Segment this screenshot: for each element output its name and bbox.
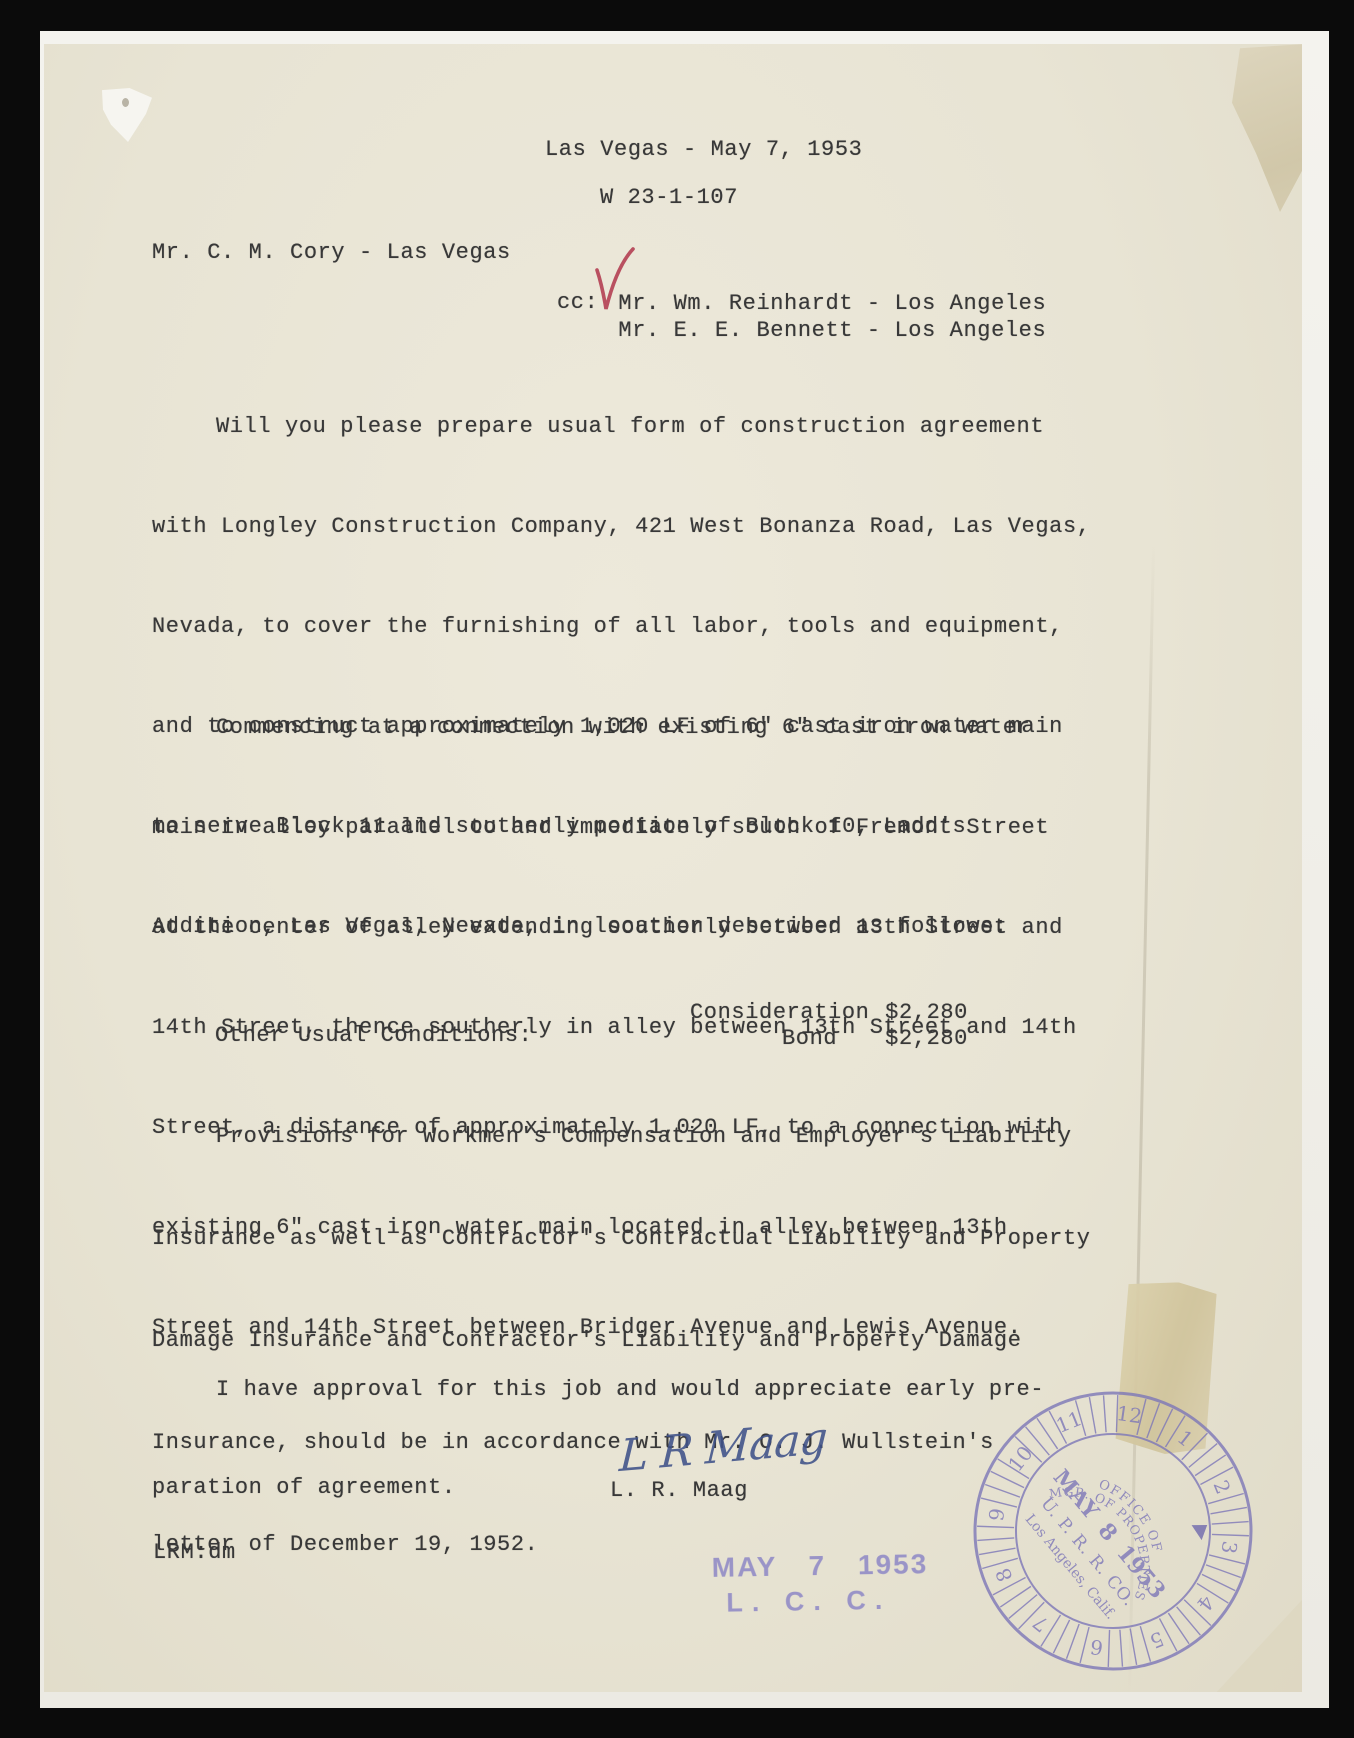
- bond-label: Bond: [782, 1026, 837, 1052]
- clock-tick: [1115, 1630, 1128, 1667]
- clock-tick: [1125, 1628, 1141, 1664]
- clock-number: 10: [1003, 1441, 1038, 1476]
- clock-tick: [979, 1543, 1015, 1559]
- clock-tick: [1195, 1451, 1226, 1479]
- body-paragraph-4: I have approval for this job and would a…: [152, 1325, 1044, 1571]
- clock-tick: [1000, 1583, 1031, 1611]
- clock-number: 5: [1147, 1626, 1168, 1653]
- clock-tick: [1212, 1531, 1249, 1540]
- cc-recipient: Mr. Wm. Reinhardt - Los Angeles: [618, 290, 1046, 317]
- paragraph-line: paration of agreement.: [152, 1473, 1044, 1521]
- letter-page: Las Vegas - May 7, 1953 W 23-1-107 Mr. C…: [44, 44, 1302, 1692]
- clock-number: 9: [984, 1507, 1010, 1523]
- clock-tick: [977, 1533, 1014, 1546]
- clock-number: 11: [1053, 1406, 1086, 1438]
- clock-tick: [1210, 1502, 1246, 1518]
- received-stamp-org: L. C. C.: [726, 1584, 929, 1619]
- clock-number: 3: [1217, 1539, 1243, 1555]
- paragraph-line: Commencing at a connection with existing…: [152, 713, 1077, 763]
- clock-tick: [984, 1484, 1021, 1497]
- other-usual-conditions: Other Usual Conditions:: [215, 1023, 532, 1048]
- clock-tick: [1084, 1397, 1100, 1433]
- clock-number: 6: [1089, 1635, 1105, 1661]
- consideration-label: Consideration: [690, 1000, 869, 1026]
- clock-tick: [1104, 1630, 1113, 1667]
- clock-tick: [1212, 1516, 1249, 1529]
- received-date-stamp: MAY 7 1953 L. C. C.: [711, 1548, 929, 1619]
- clock-tick: [1209, 1555, 1246, 1564]
- clock-tick: [1009, 1591, 1037, 1622]
- clock-tick: [1053, 1618, 1069, 1654]
- paragraph-line: with Longley Construction Company, 421 W…: [152, 512, 1091, 562]
- consideration-row: Consideration $2,280: [690, 1000, 968, 1026]
- signature-typed: L. R. Maag: [610, 1478, 748, 1503]
- cc-recipient: Mr. E. E. Bennett - Los Angeles: [618, 317, 1046, 344]
- clock-tick: [1189, 1440, 1217, 1471]
- cc-label: cc:: [557, 290, 598, 315]
- paragraph-line: Insurance as well as Contractor's Contra…: [152, 1224, 1091, 1276]
- typist-initials: LRM:dm: [153, 1540, 236, 1565]
- paragraph-line: at the center of alley extending souther…: [152, 913, 1077, 963]
- clock-tick: [1098, 1395, 1111, 1432]
- clock-tick: [1147, 1402, 1160, 1439]
- dateline: Las Vegas - May 7, 1953: [545, 137, 862, 162]
- consideration-value: $2,280: [885, 1000, 968, 1026]
- clock-tick: [1200, 1574, 1236, 1590]
- received-stamp-date: MAY 7 1953: [711, 1548, 928, 1584]
- time-clock-stamp: 121234567891011 OFFICE OF MGR. OF PROPER…: [963, 1381, 1263, 1681]
- clock-number: 2: [1208, 1477, 1235, 1498]
- clock-tick: [1205, 1565, 1242, 1578]
- paragraph-line: Will you please prepare usual form of co…: [152, 412, 1091, 462]
- addressee-line: Mr. C. M. Cory - Las Vegas: [152, 240, 511, 265]
- file-number: W 23-1-107: [600, 185, 738, 210]
- cc-recipient-list: Mr. Wm. Reinhardt - Los Angeles Mr. E. E…: [618, 290, 1046, 344]
- consideration-block: Consideration $2,280 Bond $2,280: [690, 1000, 968, 1052]
- cc-block: cc: Mr. Wm. Reinhardt - Los Angeles Mr. …: [557, 290, 1046, 344]
- bond-value: $2,280: [885, 1026, 968, 1052]
- clock-tick: [1173, 1607, 1204, 1635]
- paragraph-line: Nevada, to cover the furnishing of all l…: [152, 612, 1091, 662]
- clock-tick: [1165, 1613, 1193, 1644]
- bond-row: Bond $2,280: [690, 1026, 968, 1052]
- clock-tick: [1156, 1407, 1172, 1443]
- clock-tick: [1080, 1627, 1089, 1664]
- photo-background: Las Vegas - May 7, 1953 W 23-1-107 Mr. C…: [0, 0, 1354, 1738]
- clock-number: 8: [991, 1565, 1018, 1586]
- paper-chip: [102, 88, 152, 142]
- tape-remnant-top-right: [1212, 44, 1302, 254]
- clock-tick: [1066, 1623, 1079, 1660]
- paragraph-line: main in alley parallel to and immediatel…: [152, 813, 1077, 863]
- clock-plate: OFFICE OF MGR. OF PROPERTIES MAY 8 1953 …: [1013, 1421, 1223, 1634]
- paragraph-line: I have approval for this job and would a…: [152, 1375, 1044, 1423]
- clock-tick: [981, 1498, 1018, 1507]
- clock-tick: [977, 1522, 1014, 1531]
- paragraph-line: Provisions for Workmen's Compensation an…: [152, 1122, 1091, 1174]
